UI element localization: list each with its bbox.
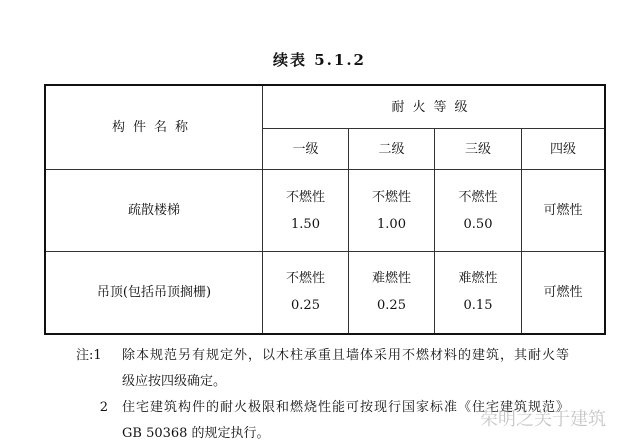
cell: 可燃性 bbox=[522, 252, 606, 334]
cell: 不燃性1.50 bbox=[263, 170, 349, 252]
component-name: 疏散楼梯 bbox=[45, 170, 263, 252]
note-1: 注:1 除本规范另有规定外，以木柱承重且墙体采用不燃材料的建筑，其耐火等 bbox=[76, 343, 636, 369]
cell: 难燃性0.15 bbox=[435, 252, 522, 334]
table-row: 疏散楼梯 不燃性1.50 不燃性1.00 不燃性0.50 可燃性 bbox=[45, 170, 605, 252]
cell: 不燃性0.50 bbox=[435, 170, 522, 252]
cell: 可燃性 bbox=[522, 170, 606, 252]
table-title: 续表 5.1.2 bbox=[0, 49, 639, 70]
grade-header-1: 一级 bbox=[263, 129, 349, 170]
grade-header-3: 三级 bbox=[435, 129, 522, 170]
fire-rating-table: 构件名称 耐火等级 一级 二级 三级 四级 疏散楼梯 不燃性1.50 不燃性1.… bbox=[44, 84, 606, 335]
cell: 不燃性1.00 bbox=[349, 170, 435, 252]
component-name: 吊顶(包括吊顶搁栅) bbox=[45, 252, 263, 334]
grade-header-2: 二级 bbox=[349, 129, 435, 170]
group-header: 耐火等级 bbox=[263, 85, 606, 129]
cell: 不燃性0.25 bbox=[263, 252, 349, 334]
name-header: 构件名称 bbox=[45, 85, 263, 170]
table-row: 吊顶(包括吊顶搁栅) 不燃性0.25 难燃性0.25 难燃性0.15 可燃性 bbox=[45, 252, 605, 334]
cell: 难燃性0.25 bbox=[349, 252, 435, 334]
grade-header-4: 四级 bbox=[522, 129, 606, 170]
watermark: 荣明之关于建筑 bbox=[480, 405, 606, 431]
